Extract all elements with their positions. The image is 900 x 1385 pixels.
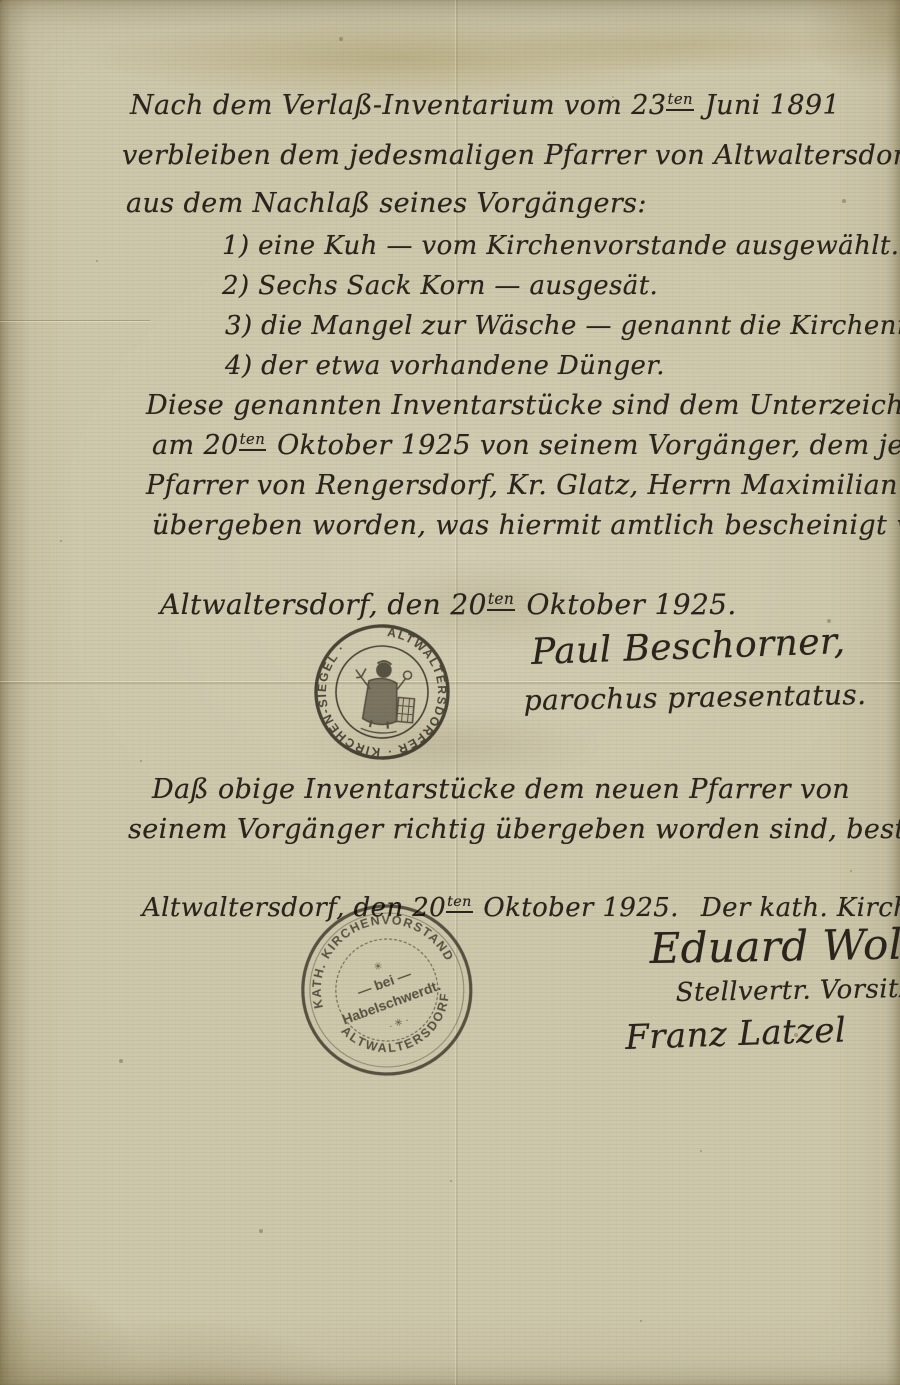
- signature-title-parochus: parochus praesentatus.: [523, 678, 866, 717]
- dateline-2: Altwaltersdorf, den 20ten Oktober 1925.D…: [142, 893, 900, 923]
- certification-line-2-pre: am 20: [152, 430, 239, 461]
- certification-line-1: Diese genannten Inventarstücke sind dem …: [146, 390, 900, 421]
- left-edge-crease: [0, 320, 150, 322]
- seal-center-mark-bottom: · ✳ ·: [387, 1015, 410, 1032]
- intro-line-2: verbleiben dem jedesmaligen Pfarrer von …: [122, 140, 900, 171]
- church-seal-stamp: ALTWALTERSDORFER · KIRCHEN-SIEGEL ·: [291, 601, 473, 783]
- certification-line-2-post: Oktober 1925 von seinem Vorgänger, dem j…: [268, 430, 900, 461]
- list-item-3: 3) die Mangel zur Wäsche — genannt die K…: [225, 311, 900, 341]
- list-item-4: 4) der etwa vorhandene Dünger.: [225, 351, 665, 381]
- certification-line-4: übergeben worden, was hiermit amtlich be…: [152, 510, 900, 541]
- signature-franz-latzel: Franz Latzel: [625, 1010, 847, 1058]
- dateline-1-post: Oktober 1925.: [517, 588, 736, 621]
- intro-line-1-pre: Nach dem Verlaß-Inventarium vom 23: [130, 90, 666, 121]
- ordinal-suffix: ten: [666, 90, 694, 111]
- intro-line-1-post: Juni 1891: [696, 90, 840, 121]
- ordinal-suffix: ten: [239, 430, 267, 451]
- document-page: Nach dem Verlaß-Inventarium vom 23ten Ju…: [0, 0, 900, 1385]
- certification-line-2: am 20ten Oktober 1925 von seinem Vorgäng…: [152, 430, 900, 461]
- seal-center-mark-top: ✳: [373, 960, 385, 973]
- signature-title-stellvertreter: Stellvertr. Vorsitzender.: [675, 972, 900, 1008]
- list-item-2: 2) Sechs Sack Korn — ausgesät.: [222, 271, 658, 301]
- intro-line-3: aus dem Nachlaß seines Vorgängers:: [126, 188, 647, 219]
- paper-speckles: [0, 0, 2, 2]
- dateline-2-post: Oktober 1925.: [475, 893, 679, 923]
- list-item-1: 1) eine Kuh — vom Kirchenvorstande ausge…: [222, 231, 899, 261]
- confirmation-line-1: Daß obige Inventarstücke dem neuen Pfarr…: [152, 774, 850, 805]
- church-seal-graphic: ALTWALTERSDORFER · KIRCHEN-SIEGEL ·: [291, 601, 473, 783]
- confirmation-line-2: seinem Vorgänger richtig übergeben worde…: [128, 814, 900, 845]
- ordinal-suffix: ten: [487, 590, 515, 611]
- intro-line-1: Nach dem Verlaß-Inventarium vom 23ten Ju…: [130, 90, 840, 121]
- signature-eduard-wolf: Eduard Wolf: [649, 919, 900, 973]
- saint-figure: [351, 659, 418, 736]
- signature-paul-beschorner: Paul Beschorner,: [531, 621, 847, 673]
- certification-line-3: Pfarrer von Rengersdorf, Kr. Glatz, Herr…: [146, 470, 900, 501]
- kirchenvorstand-label: Der kath. Kirchenvorstand.: [701, 893, 900, 923]
